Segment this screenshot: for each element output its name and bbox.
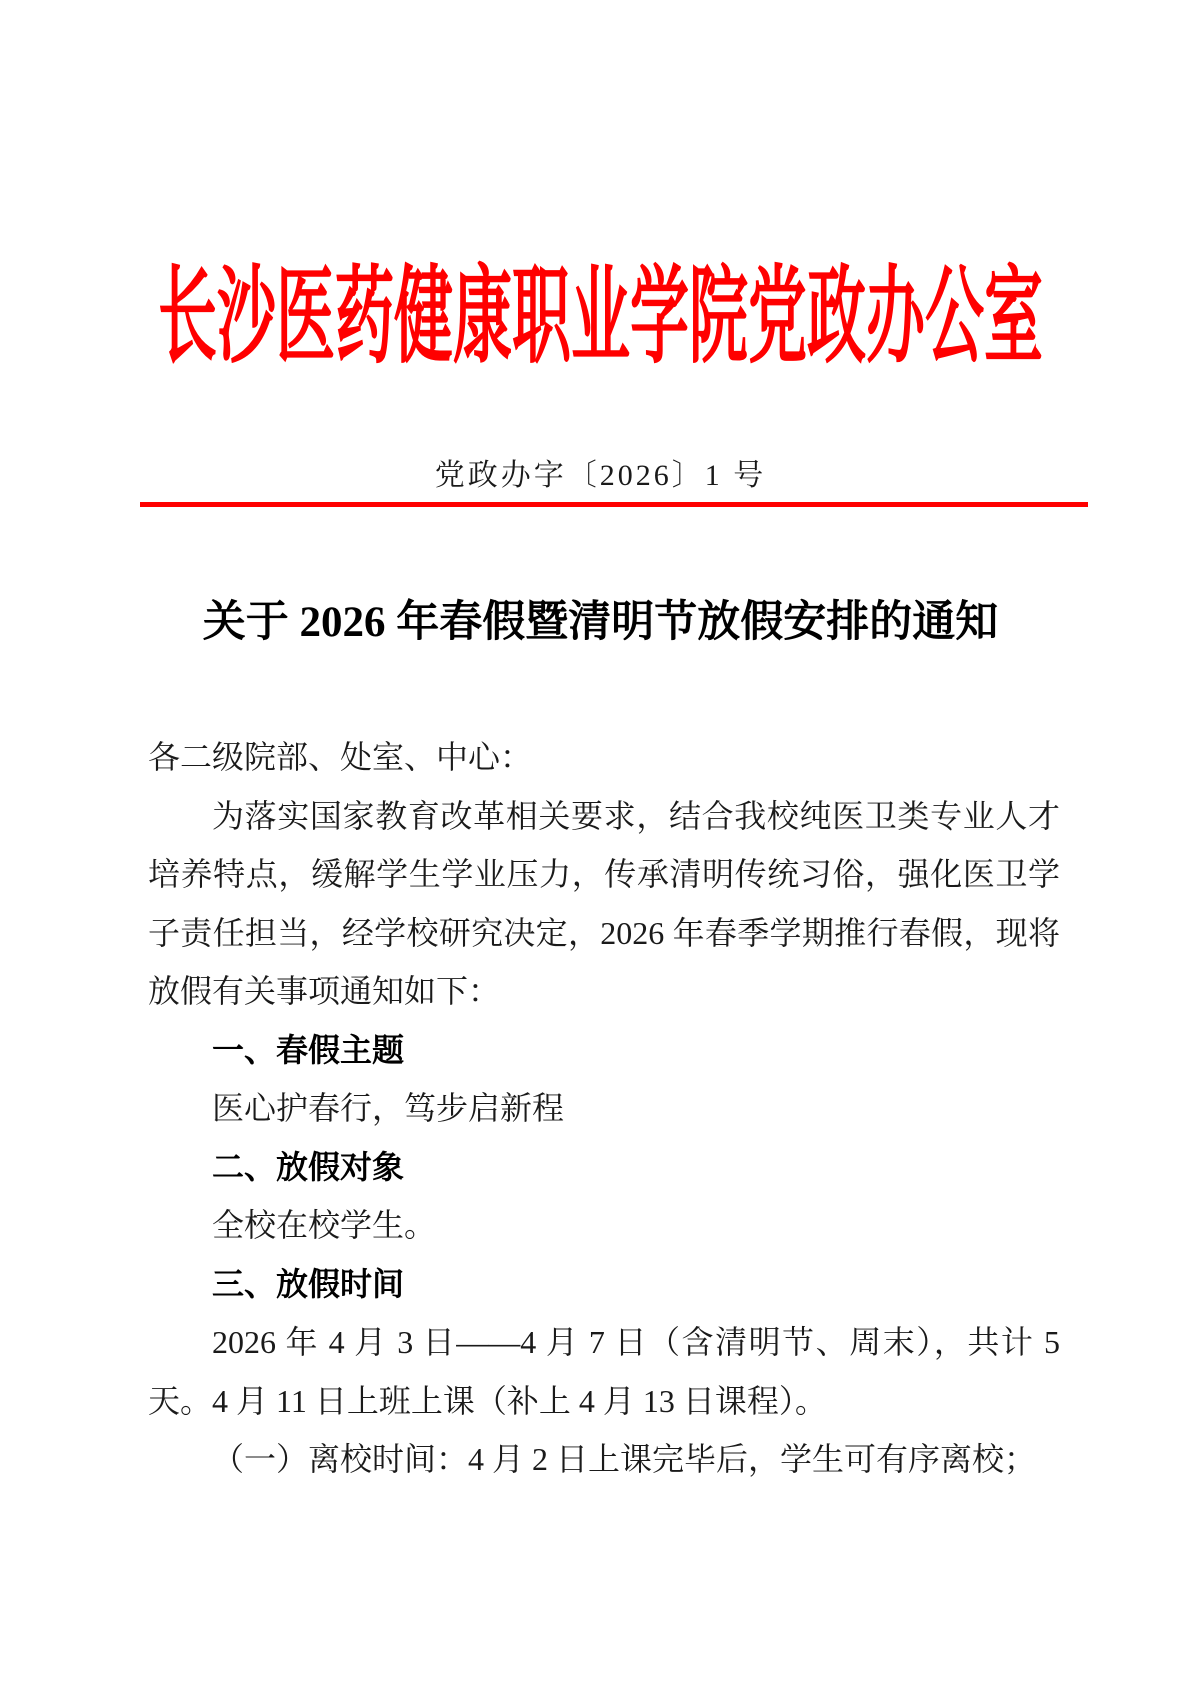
body-line: 为落实国家教育改革相关要求，结合我校纯医卫类专业人才 (148, 787, 1060, 846)
body-line: 三、放假时间 (148, 1255, 1060, 1314)
document-page: 长沙医药健康职业学院党政办公室 党政办字〔2026〕1 号 关于 2026 年春… (0, 0, 1201, 1698)
body-line: 一、春假主题 (148, 1021, 1060, 1080)
body-line: （一）离校时间：4 月 2 日上课完毕后，学生可有序离校； (148, 1430, 1060, 1489)
body-line: 天。4 月 11 日上班上课（补上 4 月 13 日课程）。 (148, 1372, 1060, 1431)
body-line: 放假有关事项通知如下： (148, 962, 1060, 1021)
red-divider-line (140, 502, 1088, 507)
body-line: 全校在校学生。 (148, 1196, 1060, 1255)
body-line: 子责任担当，经学校研究决定，2026 年春季学期推行春假，现将 (148, 904, 1060, 963)
document-body: 各二级院部、处室、中心：为落实国家教育改革相关要求，结合我校纯医卫类专业人才培养… (148, 728, 1060, 1489)
masthead-title-text: 长沙医药健康职业学院党政办公室 (158, 218, 1043, 371)
document-title: 关于 2026 年春假暨清明节放假安排的通知 (0, 588, 1201, 649)
body-line: 2026 年 4 月 3 日——4 月 7 日（含清明节、周末），共计 5 (148, 1313, 1060, 1372)
body-line: 医心护春行，笃步启新程 (148, 1079, 1060, 1138)
body-line: 培养特点，缓解学生学业压力，传承清明传统习俗，强化医卫学 (148, 845, 1060, 904)
doc-reference-number: 党政办字〔2026〕1 号 (0, 450, 1201, 494)
body-line: 各二级院部、处室、中心： (148, 728, 1060, 787)
body-line: 二、放假对象 (148, 1138, 1060, 1197)
masthead: 长沙医药健康职业学院党政办公室 (0, 252, 1201, 337)
